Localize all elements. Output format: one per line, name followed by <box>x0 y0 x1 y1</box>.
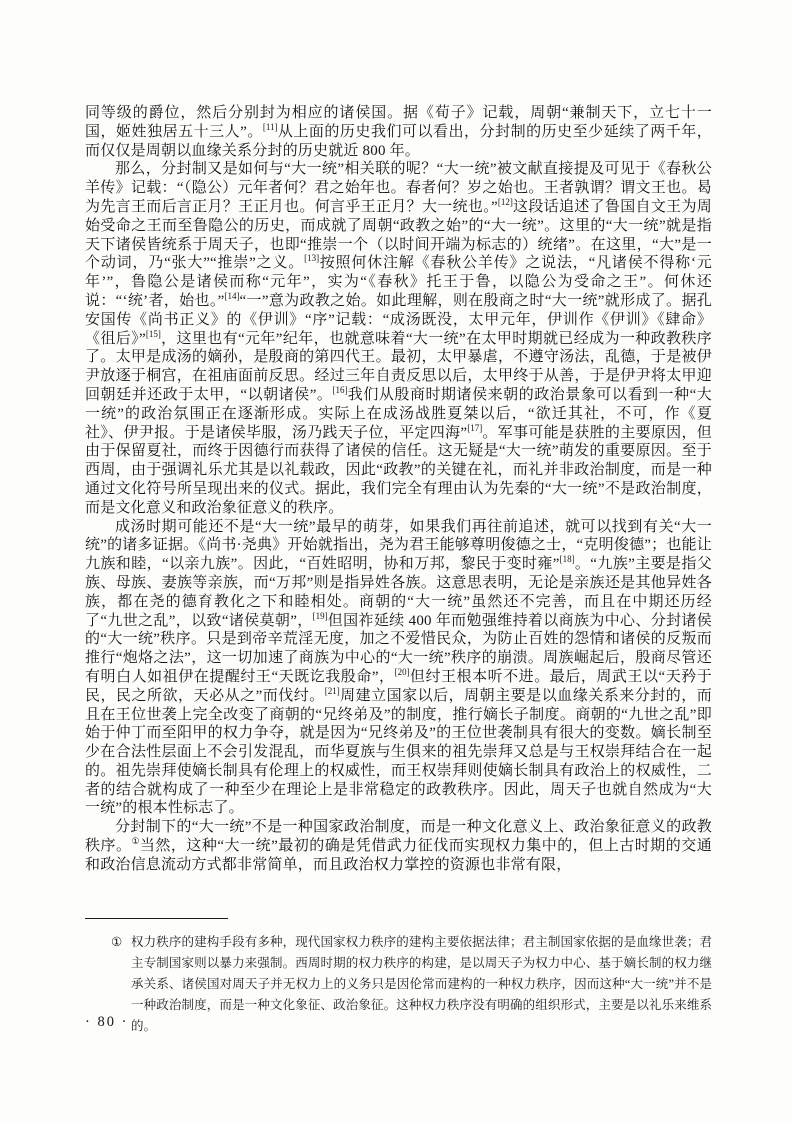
footnote-ref: [20] <box>395 667 410 677</box>
footnote-ref: [18] <box>560 554 575 564</box>
footnote-ref: [21] <box>325 686 340 696</box>
footnote-ref: [14] <box>225 291 240 301</box>
page-number: · 80 · <box>85 1014 128 1031</box>
footnote: ① 权力秩序的建构手段有多种，现代国家权力秩序的建构主要依据法律；君主制国家依据… <box>111 932 712 1037</box>
footnote-ref: [15] <box>146 329 161 339</box>
paragraph: 分封制下的“大一统”不是一种国家政治制度，而是一种文化意义上、政治象征意义的政教… <box>85 818 712 874</box>
footnote-ref: [17] <box>467 423 482 433</box>
footnote-ref: [13] <box>304 253 319 263</box>
paragraph: 那么，分封制又是如何与“大一统”相关联的呢？“大一统”被文献直接提及可见于《春秋… <box>85 160 712 517</box>
document-page: 同等级的爵位，然后分别封为相应的诸侯国。据《荀子》记载，周朝“兼制天下，立七十一… <box>0 0 793 1122</box>
footnote-text: 权力秩序的建构手段有多种，现代国家权力秩序的建构主要依据法律；君主制国家依据的是… <box>131 932 712 1037</box>
footnote-ref: [19] <box>313 611 328 621</box>
footnote-ref: [16] <box>332 385 347 395</box>
footnote-section: ① 权力秩序的建构手段有多种，现代国家权力秩序的建构主要依据法律；君主制国家依据… <box>85 918 712 1037</box>
footnote-separator-rule <box>85 918 228 919</box>
footnote-ref: [11] <box>263 122 278 132</box>
footnote-ref: [12] <box>498 197 513 207</box>
body-text: 同等级的爵位，然后分别封为相应的诸侯国。据《荀子》记载，周朝“兼制天下，立七十一… <box>85 104 712 875</box>
paragraph: 同等级的爵位，然后分别封为相应的诸侯国。据《荀子》记载，周朝“兼制天下，立七十一… <box>85 104 712 160</box>
footnote-ref: ① <box>132 836 140 846</box>
paragraph: 成汤时期可能还不是“大一统”最早的萌芽，如果我们再往前追述，就可以找到有关“大一… <box>85 518 712 819</box>
